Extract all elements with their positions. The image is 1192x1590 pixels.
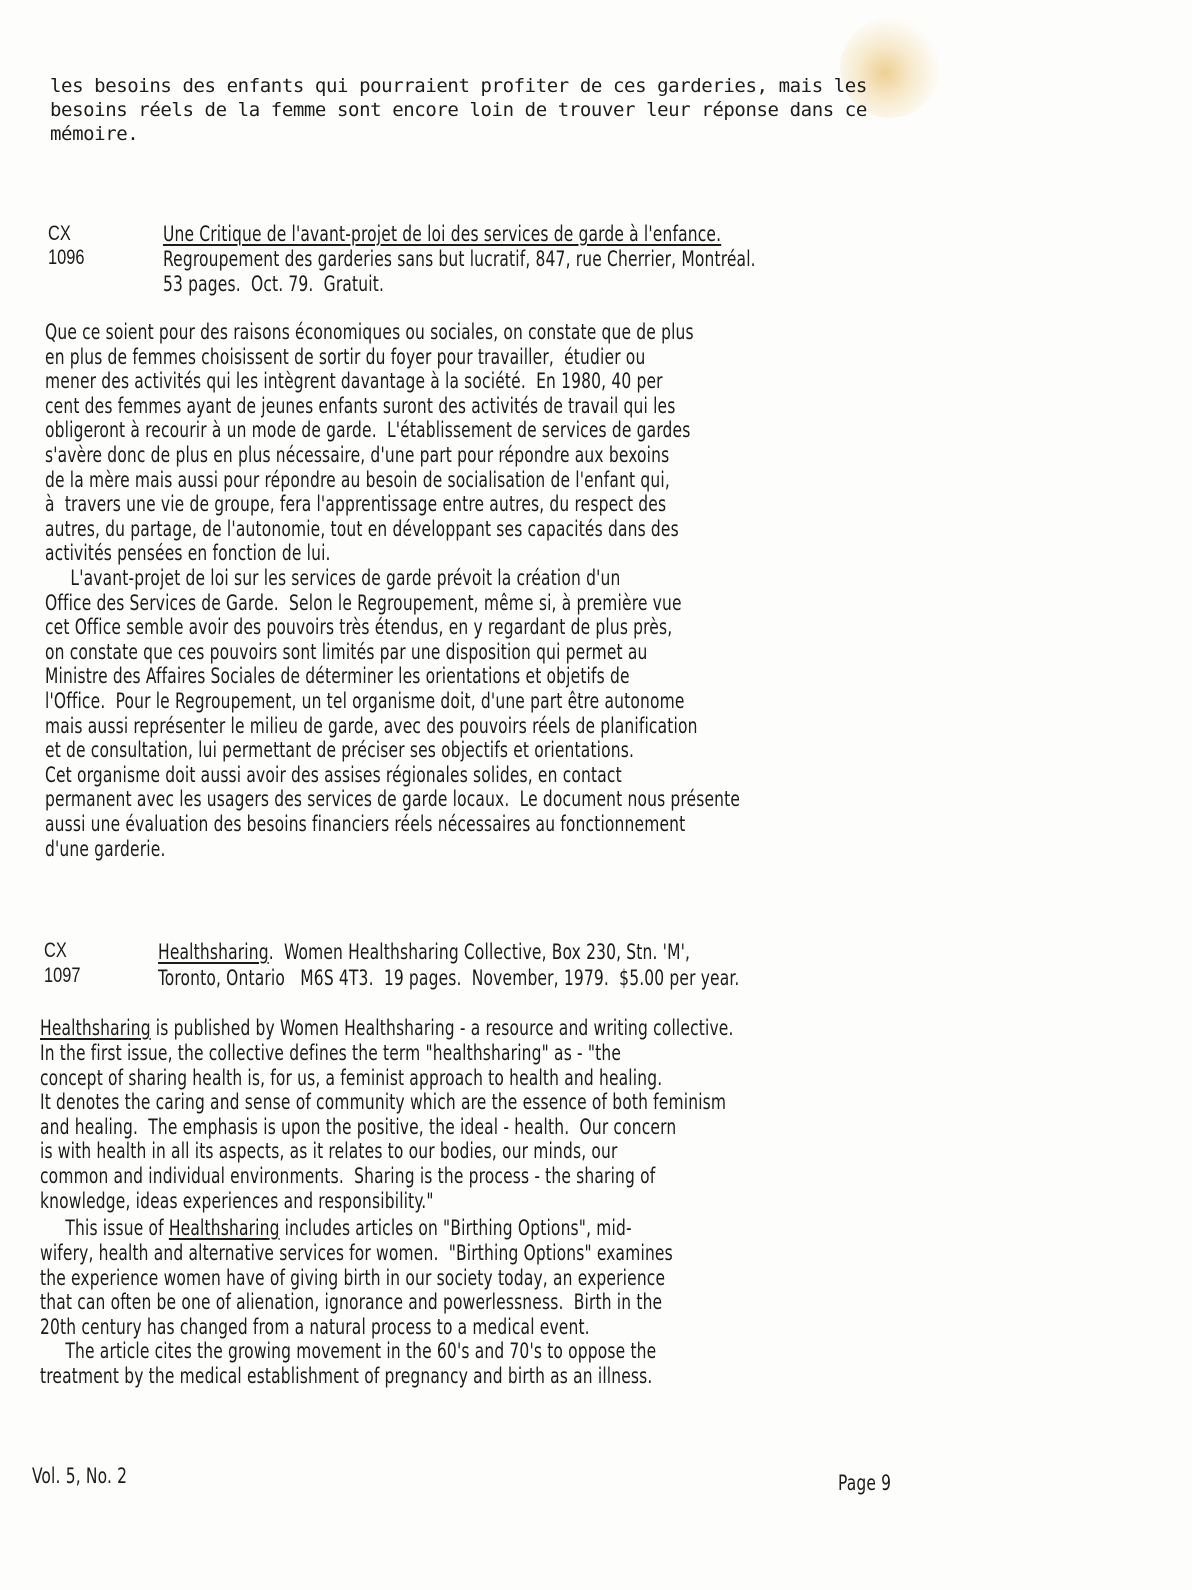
text-line: concept of sharing health is, for us, a … <box>40 1066 662 1090</box>
text-line: cet Office semble avoir des pouvoirs trè… <box>45 615 672 639</box>
text-line: Que ce soient pour des raisons économiqu… <box>45 320 694 344</box>
text-line: 20th century has changed from a natural … <box>40 1315 590 1339</box>
text-span: This issue of <box>40 1216 169 1240</box>
text-line: on constate que ces pouvoirs sont limité… <box>45 640 648 664</box>
entry-title: Healthsharing <box>158 940 269 964</box>
text-line: l'Office. Pour le Regroupement, un tel o… <box>45 689 685 713</box>
text-line: knowledge, ideas experiences and respons… <box>40 1189 434 1213</box>
text-line: obligeront à recourir à un mode de garde… <box>45 418 690 442</box>
text-line: The article cites the growing movement i… <box>40 1339 656 1363</box>
text-line: à travers une vie de groupe, fera l'appr… <box>45 492 666 516</box>
entry-number: 1096 <box>48 246 84 270</box>
entry-title: Une Critique de l'avant-projet de loi de… <box>163 222 721 246</box>
text-line: and healing. The emphasis is upon the po… <box>40 1115 676 1139</box>
text-line: aussi une évaluation des besoins financi… <box>45 812 685 836</box>
text-line: permanent avec les usagers des services … <box>45 787 740 811</box>
text-line: Office des Services de Garde. Selon le R… <box>45 591 682 615</box>
entry-title-line: Healthsharing. Women Healthsharing Colle… <box>158 940 690 964</box>
volume-number: Vol. 5, No. 2 <box>32 1464 127 1488</box>
text-line: activités pensées en fonction de lui. <box>45 541 331 565</box>
text-line: les besoins des enfants qui pourraient p… <box>50 74 867 98</box>
text-line: It denotes the caring and sense of commu… <box>40 1090 726 1114</box>
text-line: L'avant-projet de loi sur les services d… <box>45 566 620 590</box>
text-line: that can often be one of alienation, ign… <box>40 1290 662 1314</box>
entry-code: CX <box>44 939 67 963</box>
entry-citation: Regroupement des garderies sans but lucr… <box>163 247 756 271</box>
text-line: treatment by the medical establishment o… <box>40 1364 653 1388</box>
text-line: Healthsharing is published by Women Heal… <box>40 1016 734 1040</box>
text-line: wifery, health and alternative services … <box>40 1241 673 1265</box>
text-line: en plus de femmes choisissent de sortir … <box>45 345 645 369</box>
text-span: includes articles on "Birthing Options",… <box>280 1216 632 1240</box>
text-line: Ministre des Affaires Sociales de déterm… <box>45 664 630 688</box>
text-line: autres, du partage, de l'autonomie, tout… <box>45 517 679 541</box>
text-line: mais aussi représenter le milieu de gard… <box>45 714 698 738</box>
text-line: In the first issue, the collective defin… <box>40 1041 621 1065</box>
entry-citation: . Women Healthsharing Collective, Box 23… <box>269 940 690 964</box>
text-line: the experience women have of giving birt… <box>40 1266 665 1290</box>
page-number: Page 9 <box>838 1471 891 1495</box>
text-line: Cet organisme doit aussi avoir des assis… <box>45 763 622 787</box>
entry-code: CX <box>48 222 71 246</box>
text-line: mener des activités qui les intègrent da… <box>45 369 663 393</box>
text-line: s'avère donc de plus en plus nécessaire,… <box>45 443 669 467</box>
text-span: is published by Women Healthsharing - a … <box>151 1016 734 1040</box>
text-line: besoins réels de la femme sont encore lo… <box>50 98 867 122</box>
text-line: is with health in all its aspects, as it… <box>40 1139 618 1163</box>
text-line: d'une garderie. <box>45 837 166 861</box>
entry-citation: Toronto, Ontario M6S 4T3. 19 pages. Nove… <box>158 966 739 990</box>
publication-title: Healthsharing <box>40 1016 151 1040</box>
publication-title: Healthsharing <box>169 1216 280 1240</box>
text-line: This issue of Healthsharing includes art… <box>40 1216 632 1240</box>
text-line: cent des femmes ayant de jeunes enfants … <box>45 394 676 418</box>
entry-number: 1097 <box>44 964 80 988</box>
entry-citation: 53 pages. Oct. 79. Gratuit. <box>163 272 384 296</box>
text-line: et de consultation, lui permettant de pr… <box>45 738 634 762</box>
text-line: common and individual environments. Shar… <box>40 1164 655 1188</box>
text-line: mémoire. <box>50 122 138 146</box>
text-line: de la mère mais aussi pour répondre au b… <box>45 468 670 492</box>
